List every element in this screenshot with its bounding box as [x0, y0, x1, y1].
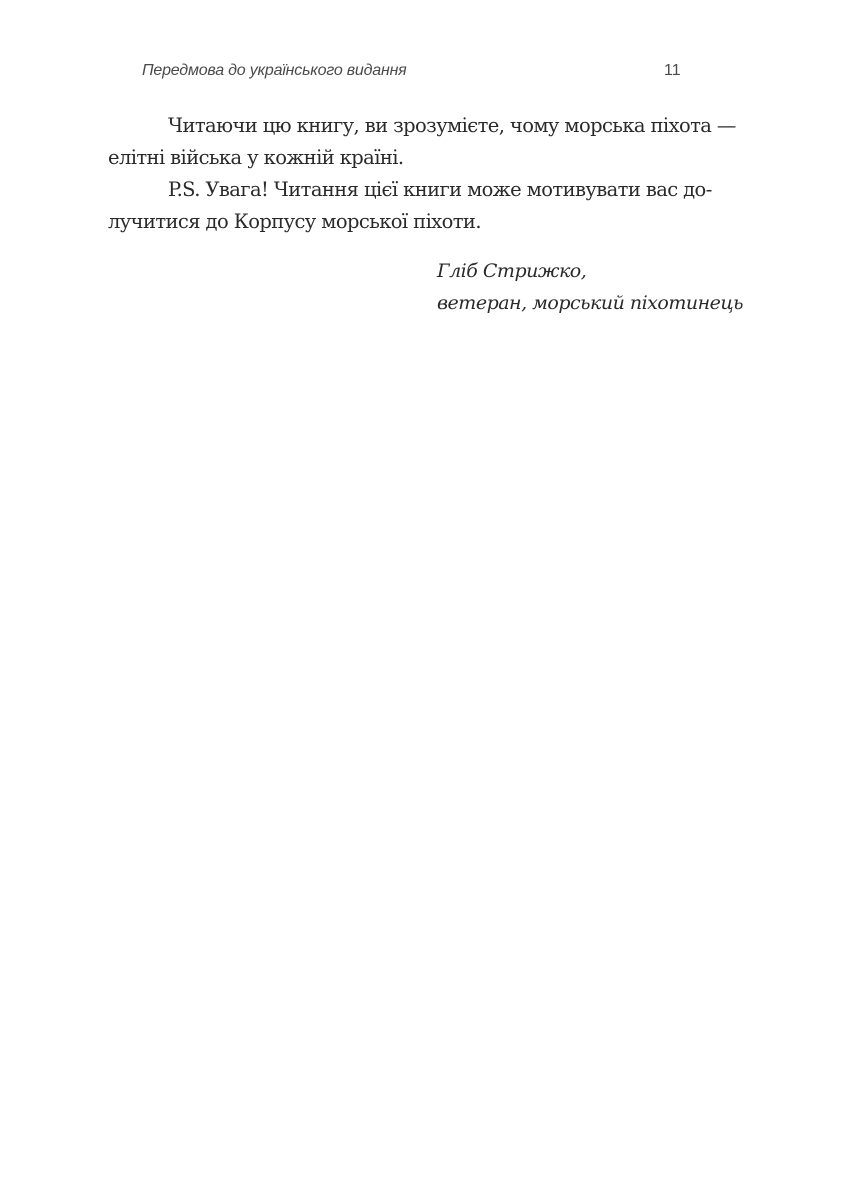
page-number: 11 [664, 62, 681, 80]
signature: Гліб Стрижко, ветеран, морський піхотине… [437, 255, 743, 319]
body-text: Читаючи цю книгу, ви зрозумієте, чому мо… [138, 110, 710, 238]
paragraph: Читаючи цю книгу, ви зрозумієте, чому мо… [138, 110, 710, 174]
paragraph-line: елітні війська у кожній країні. [108, 142, 710, 174]
paragraph: P.S. Увага! Читання цієї книги може моти… [138, 174, 710, 238]
paragraph-line: Читаючи цю книгу, ви зрозумієте, чому мо… [138, 110, 710, 142]
signature-title: ветеран, морський піхотинець [437, 287, 743, 319]
paragraph-line: P.S. Увага! Читання цієї книги може моти… [138, 174, 710, 206]
running-head-title: Передмова до українського видання [142, 62, 407, 80]
paragraph-line: лучитися до Корпусу морської піхоти. [108, 206, 710, 238]
signature-name: Гліб Стрижко, [437, 255, 743, 287]
